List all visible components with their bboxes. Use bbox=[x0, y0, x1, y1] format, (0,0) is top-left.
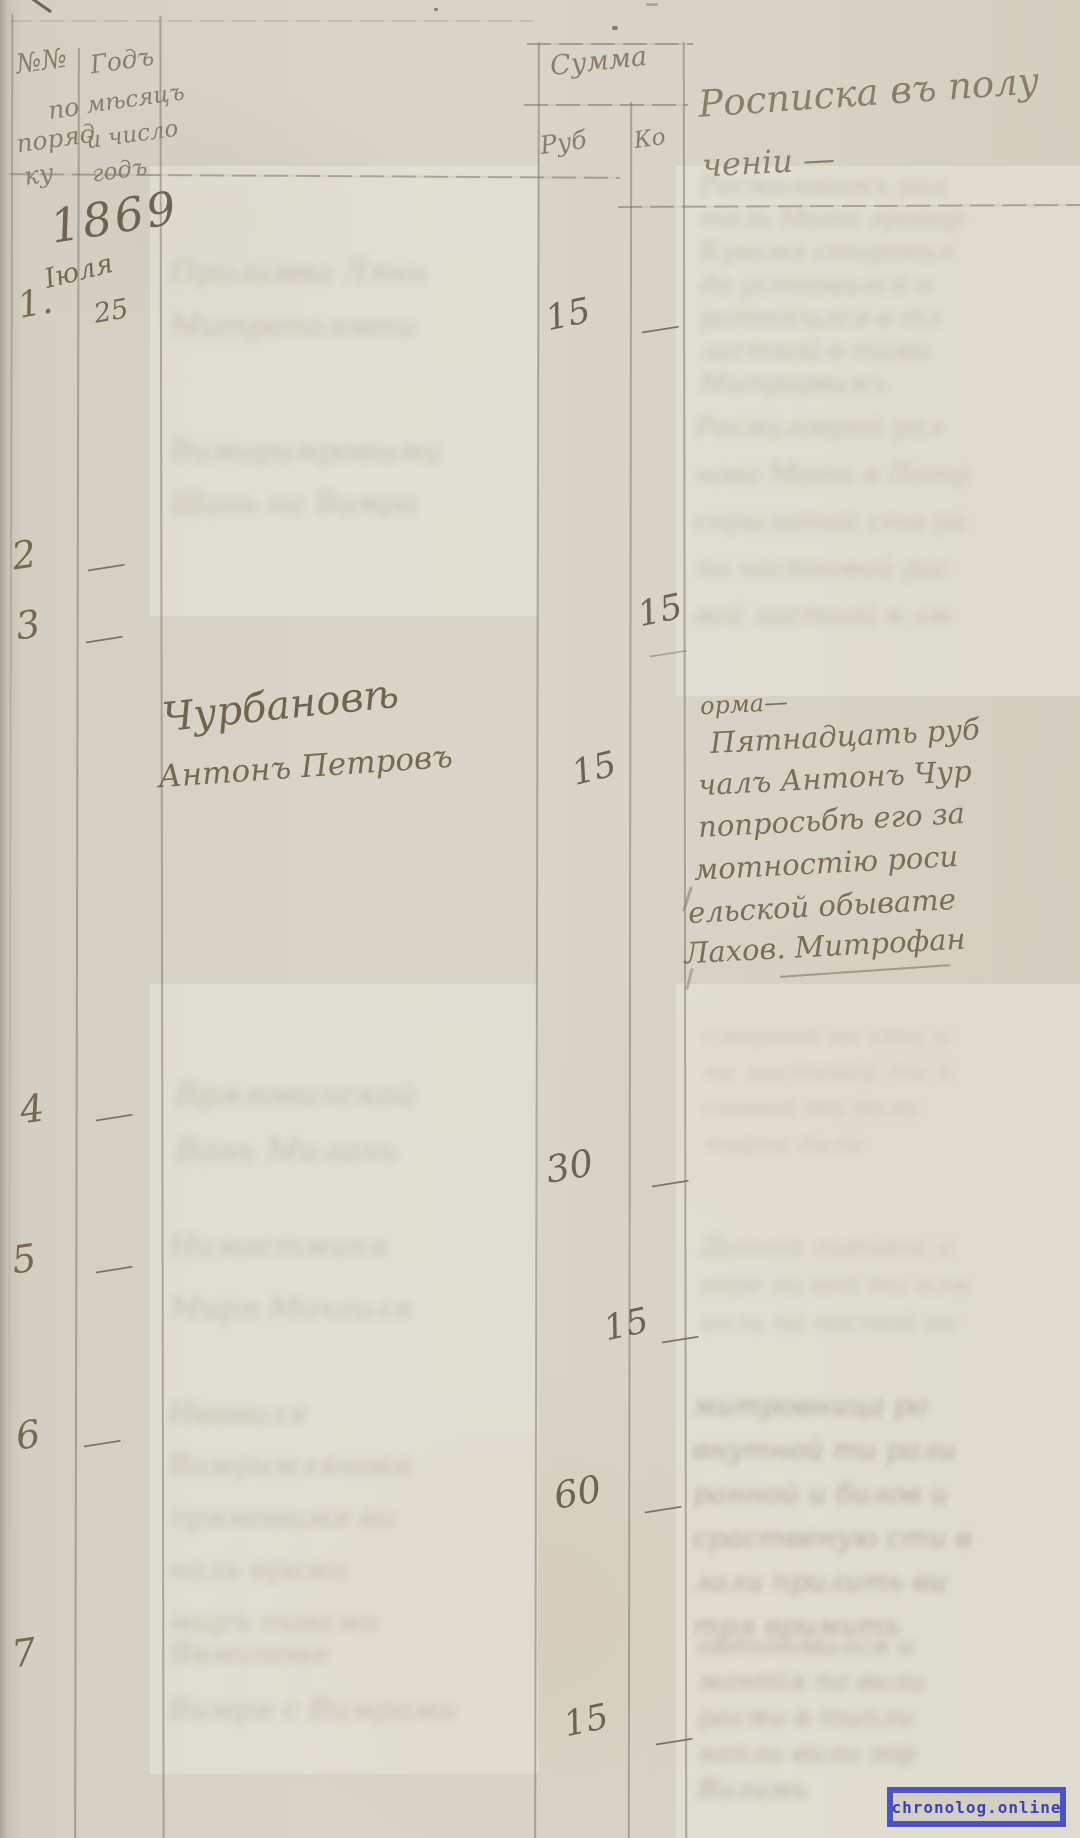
amount-kop-dash: — bbox=[648, 1166, 692, 1199]
col-header-date: мѣсяцъ bbox=[85, 81, 186, 118]
watermark-text: chronolog.online bbox=[893, 1793, 1060, 1821]
receipt-text-line: Лахов. Митрофан bbox=[683, 925, 966, 969]
signature-flourish bbox=[780, 964, 950, 978]
col-header-receipt: ченіи — bbox=[701, 143, 835, 182]
table-line-col1 bbox=[74, 48, 79, 1838]
row-number: 2 bbox=[9, 535, 38, 576]
receipt-text-line: чалъ Антонъ Чур bbox=[697, 757, 972, 800]
censor-overlay bbox=[150, 166, 538, 616]
date-dash: — bbox=[92, 1100, 136, 1133]
col-header-date: годъ bbox=[91, 156, 149, 186]
receipt-text-line: попросьбѣ его за bbox=[697, 799, 965, 842]
row-number: 4 bbox=[17, 1089, 46, 1130]
paper-left-edge bbox=[0, 0, 13, 1838]
col-header-sum: Сумма bbox=[549, 43, 648, 80]
row-number: 7 bbox=[9, 1633, 38, 1674]
date-dash: — bbox=[80, 1426, 124, 1459]
amount-kop-dash: — bbox=[641, 1492, 685, 1525]
amount-rub: 15 bbox=[635, 590, 686, 633]
amount-kop-dash: — bbox=[638, 312, 682, 345]
paper-speck bbox=[612, 26, 618, 30]
receipt-text-line: орма— bbox=[699, 690, 788, 719]
amount-kop-dash: — bbox=[646, 636, 690, 669]
receipt-text-line: ельской обывате bbox=[687, 885, 956, 928]
col-header-date: Годъ bbox=[89, 44, 156, 78]
col-header-number: ку bbox=[22, 160, 55, 189]
date-dash: — bbox=[82, 622, 126, 655]
row-number: 5 bbox=[9, 1239, 38, 1280]
row-name-given: Антонъ Петровъ bbox=[157, 742, 453, 793]
paper-speck bbox=[26, 0, 52, 13]
table-line-sum-mid bbox=[524, 104, 688, 106]
row-date: Іюля bbox=[42, 250, 116, 293]
col-header-number: №№ bbox=[14, 45, 68, 79]
amount-kop-dash: — bbox=[658, 1322, 702, 1355]
censor-overlay bbox=[676, 984, 1080, 1838]
col-header-number: по bbox=[46, 94, 80, 123]
amount-rub: 15 bbox=[601, 1304, 652, 1347]
col-header-kop: Ко bbox=[633, 126, 668, 153]
ledger-page-scan: Прилимва Ляни Митрополовни Вимиримровыми… bbox=[0, 0, 1080, 1838]
col-header-date: и число bbox=[85, 118, 180, 154]
amount-rub: 15 bbox=[561, 1700, 612, 1743]
row-number: 3 bbox=[13, 605, 42, 646]
row-date: 25 bbox=[92, 295, 131, 328]
col-header-receipt: Росписка въ полу bbox=[697, 62, 1040, 123]
paper-speck bbox=[646, 3, 658, 6]
amount-rub: 30 bbox=[543, 1144, 596, 1189]
table-line-top bbox=[8, 20, 533, 22]
censor-overlay bbox=[150, 984, 538, 1774]
amount-kop-dash: — bbox=[652, 1724, 696, 1757]
receipt-text-line: мотностію роси bbox=[693, 842, 958, 885]
table-line-rub-kop bbox=[628, 102, 632, 1838]
amount-rub: 60 bbox=[551, 1470, 604, 1515]
amount-rub: 15 bbox=[568, 747, 620, 792]
row-number: 6 bbox=[13, 1415, 42, 1456]
receipt-text-line: Пятнадцать руб bbox=[709, 715, 980, 758]
paper-speck bbox=[434, 8, 438, 11]
row-name-surname: Чурбановѣ bbox=[161, 674, 401, 739]
col-header-number: поряд bbox=[15, 121, 97, 157]
watermark-badge: chronolog.online bbox=[888, 1788, 1065, 1826]
date-dash: — bbox=[84, 550, 128, 583]
col-header-rub: Руб bbox=[538, 127, 588, 158]
date-dash: — bbox=[92, 1252, 136, 1285]
amount-rub: 15 bbox=[543, 294, 594, 337]
censor-overlay bbox=[676, 166, 1080, 696]
